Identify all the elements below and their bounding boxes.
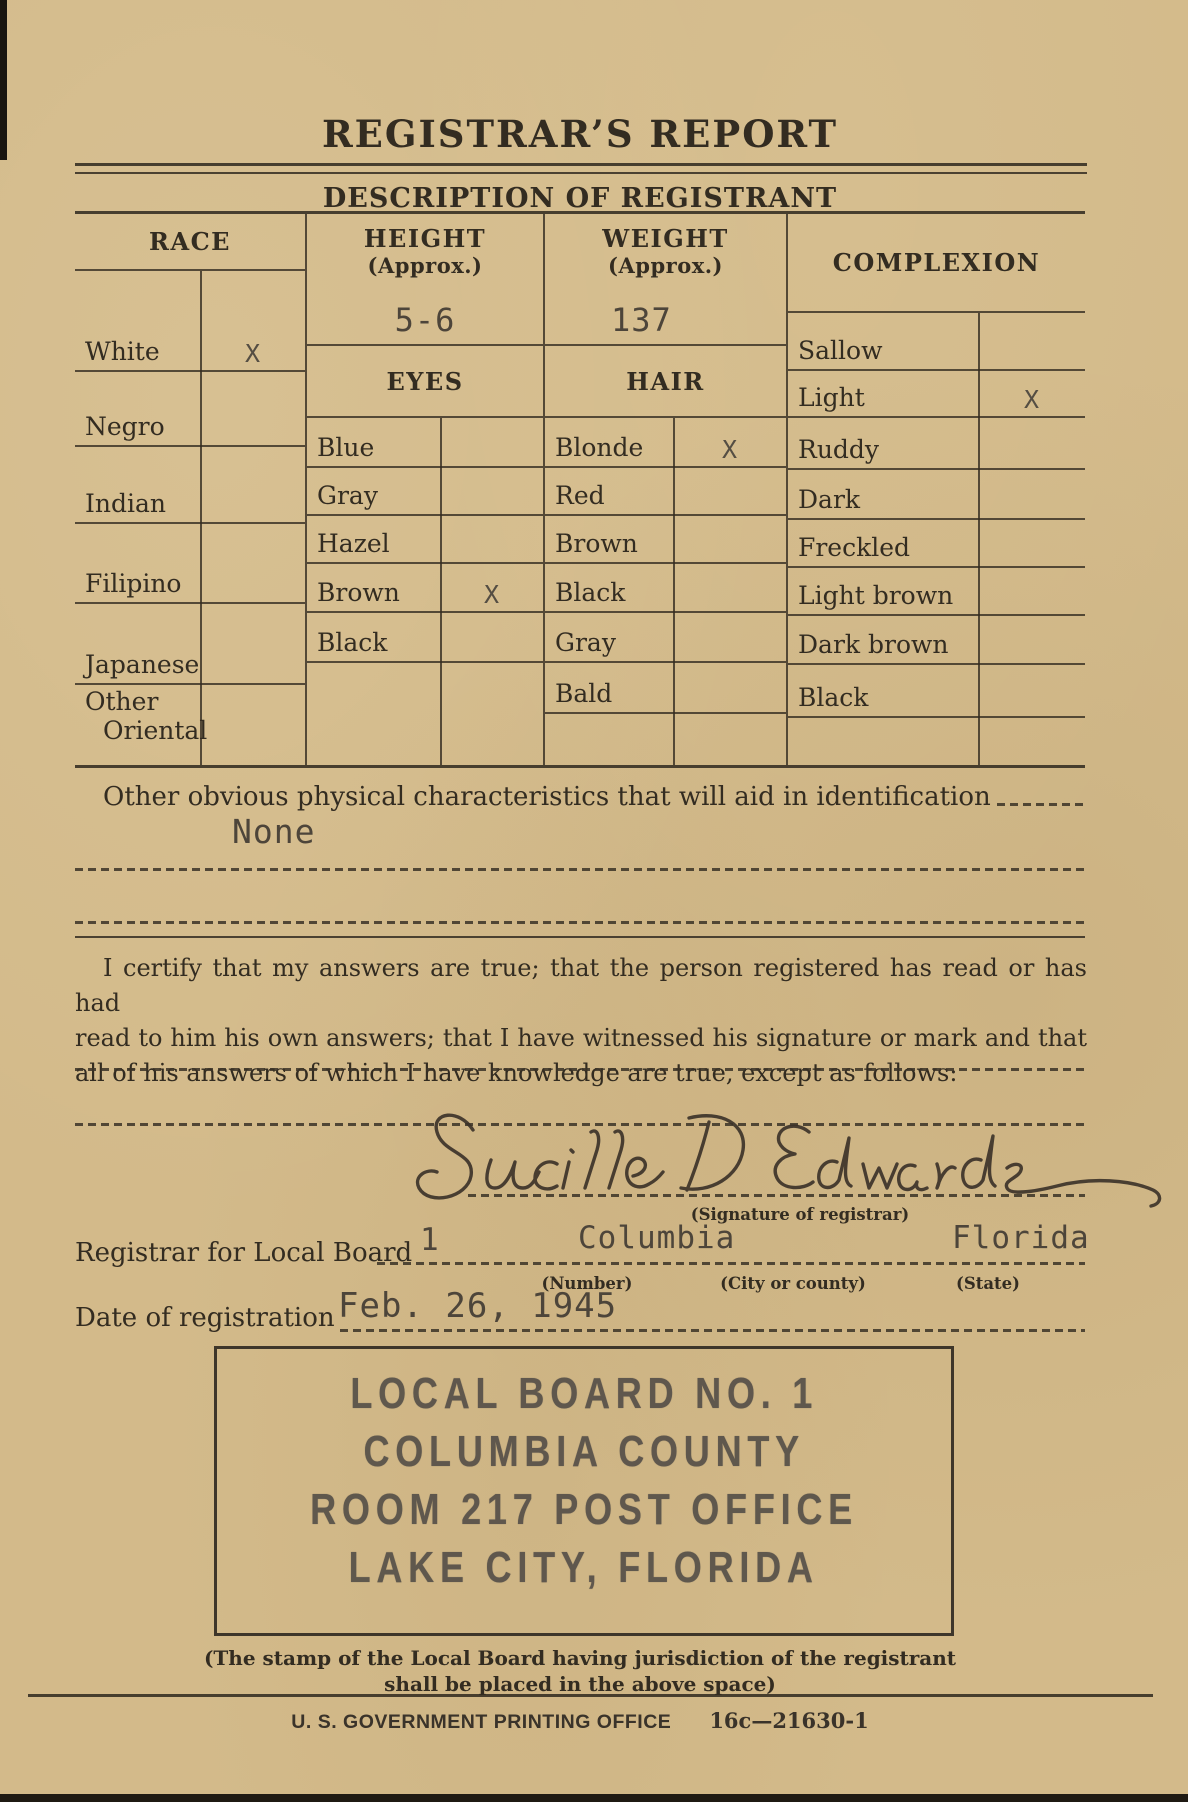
race-column: RACE White X Negro Indian Filipino bbox=[75, 214, 307, 765]
footer: U. S. GOVERNMENT PRINTING OFFICE 16c—216… bbox=[75, 1708, 1085, 1734]
x-mark: X bbox=[245, 339, 260, 368]
board-state-value: Florida bbox=[952, 1220, 1090, 1256]
complexion-mark-dark-brown bbox=[978, 616, 1085, 665]
page-title: REGISTRAR’S REPORT bbox=[75, 112, 1085, 156]
hair-header: HAIR bbox=[545, 346, 786, 418]
complexion-mark-freckled bbox=[978, 520, 1085, 568]
stamp-line-room: ROOM 217 POST OFFICE bbox=[310, 1481, 858, 1539]
hair-option-blonde: Blonde bbox=[545, 418, 673, 468]
hair-mark-red bbox=[673, 468, 786, 516]
answer-line-1 bbox=[75, 868, 1085, 871]
certification-line: I certify that my answers are true; that… bbox=[75, 951, 1087, 1021]
hair-option-bald: Bald bbox=[545, 663, 673, 714]
date-label: Date of registration bbox=[75, 1303, 335, 1333]
board-city-value: Columbia bbox=[578, 1220, 735, 1256]
race-mark-white: X bbox=[200, 271, 305, 372]
race-mark-filipino bbox=[200, 524, 305, 604]
height-header: HEIGHT (Approx.) bbox=[307, 214, 543, 278]
city-caption: (City or county) bbox=[693, 1274, 893, 1293]
hair-option-brown: Brown bbox=[545, 516, 673, 564]
complexion-option-dark: Dark bbox=[788, 470, 978, 520]
hair-rows: Blonde X Red Brown Black Gray bbox=[545, 418, 786, 765]
race-option-negro: Negro bbox=[75, 372, 200, 447]
height-eyes-column: HEIGHT (Approx.) 5-6 EYES Blue Gray Haze… bbox=[307, 214, 545, 765]
race-mark-indian bbox=[200, 447, 305, 524]
complexion-mark-sallow bbox=[978, 313, 1085, 371]
complexion-mark-dark bbox=[978, 470, 1085, 520]
answer-line-2 bbox=[75, 921, 1085, 924]
stamp-line-city: LAKE CITY, FLORIDA bbox=[349, 1539, 819, 1597]
hair-mark-black bbox=[673, 564, 786, 613]
hair-option-black: Black bbox=[545, 564, 673, 613]
stamp-instructions: (The stamp of the Local Board having jur… bbox=[75, 1645, 1085, 1697]
other-characteristics-row: Other obvious physical characteristics t… bbox=[103, 782, 1085, 812]
eyes-mark-hazel bbox=[440, 516, 543, 564]
hair-mark-blonde: X bbox=[673, 418, 786, 468]
eyes-mark-black bbox=[440, 613, 543, 663]
scan-edge-artifact-left bbox=[0, 0, 7, 160]
complexion-option-light: Light bbox=[788, 371, 978, 418]
complexion-option-black: Black bbox=[788, 665, 978, 718]
complexion-option-sallow: Sallow bbox=[788, 313, 978, 371]
complexion-rows: Sallow Light X Ruddy Dark Freckled bbox=[788, 313, 1085, 765]
complexion-column: COMPLEXION Sallow Light X Ruddy Dark bbox=[788, 214, 1085, 765]
certification-line: read to him his own answers; that I have… bbox=[75, 1021, 1087, 1056]
eyes-option-brown: Brown bbox=[307, 564, 440, 613]
scan-edge-artifact-bottom bbox=[0, 1794, 1188, 1802]
complexion-option-dark-brown: Dark brown bbox=[788, 616, 978, 665]
eyes-mark-gray bbox=[440, 468, 543, 516]
eyes-option-hazel: Hazel bbox=[307, 516, 440, 564]
registrars-report-card: REGISTRAR’S REPORT DESCRIPTION OF REGIST… bbox=[0, 0, 1188, 1802]
eyes-mark-brown: X bbox=[440, 564, 543, 613]
printing-office-label: U. S. GOVERNMENT PRINTING OFFICE bbox=[291, 1711, 671, 1734]
local-board-stamp-box: LOCAL BOARD NO. 1 COLUMBIA COUNTY ROOM 2… bbox=[214, 1346, 954, 1636]
complexion-option-ruddy: Ruddy bbox=[788, 418, 978, 470]
complexion-mark-black bbox=[978, 665, 1085, 718]
hair-option-red: Red bbox=[545, 468, 673, 516]
complexion-mark-light-brown bbox=[978, 568, 1085, 616]
other-characteristics-label: Other obvious physical characteristics t… bbox=[103, 782, 991, 812]
eyes-mark-blue bbox=[440, 418, 543, 468]
race-mark-japanese bbox=[200, 604, 305, 685]
race-option-indian: Indian bbox=[75, 447, 200, 524]
eyes-header: EYES bbox=[307, 346, 543, 418]
description-table: RACE White X Negro Indian Filipino bbox=[75, 211, 1085, 768]
complexion-mark-light: X bbox=[978, 371, 1085, 418]
race-option-white: White bbox=[75, 271, 200, 372]
eyes-divider-line bbox=[440, 418, 442, 765]
complexion-divider-line bbox=[978, 313, 980, 765]
height-value: 5-6 bbox=[307, 278, 543, 346]
date-fill-line bbox=[340, 1329, 1085, 1332]
double-rule-bottom bbox=[75, 172, 1087, 174]
hair-option-gray: Gray bbox=[545, 613, 673, 663]
section-subtitle: DESCRIPTION OF REGISTRANT bbox=[75, 183, 1085, 214]
complexion-mark-ruddy bbox=[978, 418, 1085, 470]
other-characteristics-value: None bbox=[232, 812, 315, 851]
registrar-label: Registrar for Local Board bbox=[75, 1238, 412, 1268]
eyes-option-blue: Blue bbox=[307, 418, 440, 468]
weight-value: 137 bbox=[545, 278, 786, 346]
form-number: 16c—21630-1 bbox=[709, 1708, 868, 1733]
hair-mark-bald bbox=[673, 663, 786, 714]
race-divider-line bbox=[200, 271, 202, 765]
eyes-rows: Blue Gray Hazel Brown X Black bbox=[307, 418, 543, 765]
weight-header: WEIGHT (Approx.) bbox=[545, 214, 786, 278]
race-rows: White X Negro Indian Filipino Japanese bbox=[75, 271, 305, 765]
footer-rule bbox=[28, 1694, 1153, 1697]
date-value: Feb. 26, 1945 bbox=[338, 1286, 617, 1326]
weight-hair-column: WEIGHT (Approx.) 137 HAIR Blonde X Red B… bbox=[545, 214, 788, 765]
race-mark-other-oriental bbox=[200, 685, 305, 765]
race-header: RACE bbox=[75, 214, 305, 271]
fill-in-dashes bbox=[997, 803, 1085, 806]
double-rule-top bbox=[75, 163, 1087, 166]
complexion-header: COMPLEXION bbox=[788, 214, 1085, 313]
certification-line: all of his answers of which I have knowl… bbox=[75, 1056, 1087, 1091]
hair-mark-gray bbox=[673, 613, 786, 663]
hair-divider-line bbox=[673, 418, 675, 765]
registrar-fill-line bbox=[377, 1262, 1085, 1265]
complexion-option-freckled: Freckled bbox=[788, 520, 978, 568]
race-option-other-oriental: OtherOriental bbox=[75, 685, 200, 765]
eyes-option-black: Black bbox=[307, 613, 440, 663]
state-caption: (State) bbox=[928, 1274, 1048, 1293]
race-option-filipino: Filipino bbox=[75, 524, 200, 604]
race-option-japanese: Japanese bbox=[75, 604, 200, 685]
hair-mark-brown bbox=[673, 516, 786, 564]
section-rule bbox=[75, 936, 1085, 938]
eyes-option-gray: Gray bbox=[307, 468, 440, 516]
race-mark-negro bbox=[200, 372, 305, 447]
complexion-option-light-brown: Light brown bbox=[788, 568, 978, 616]
registrar-signature bbox=[385, 1100, 1180, 1220]
board-number-value: 1 bbox=[420, 1222, 440, 1258]
stamp-line-county: COLUMBIA COUNTY bbox=[363, 1423, 805, 1481]
exceptions-line-1 bbox=[75, 1068, 1085, 1071]
stamp-line-board: LOCAL BOARD NO. 1 bbox=[350, 1365, 818, 1423]
